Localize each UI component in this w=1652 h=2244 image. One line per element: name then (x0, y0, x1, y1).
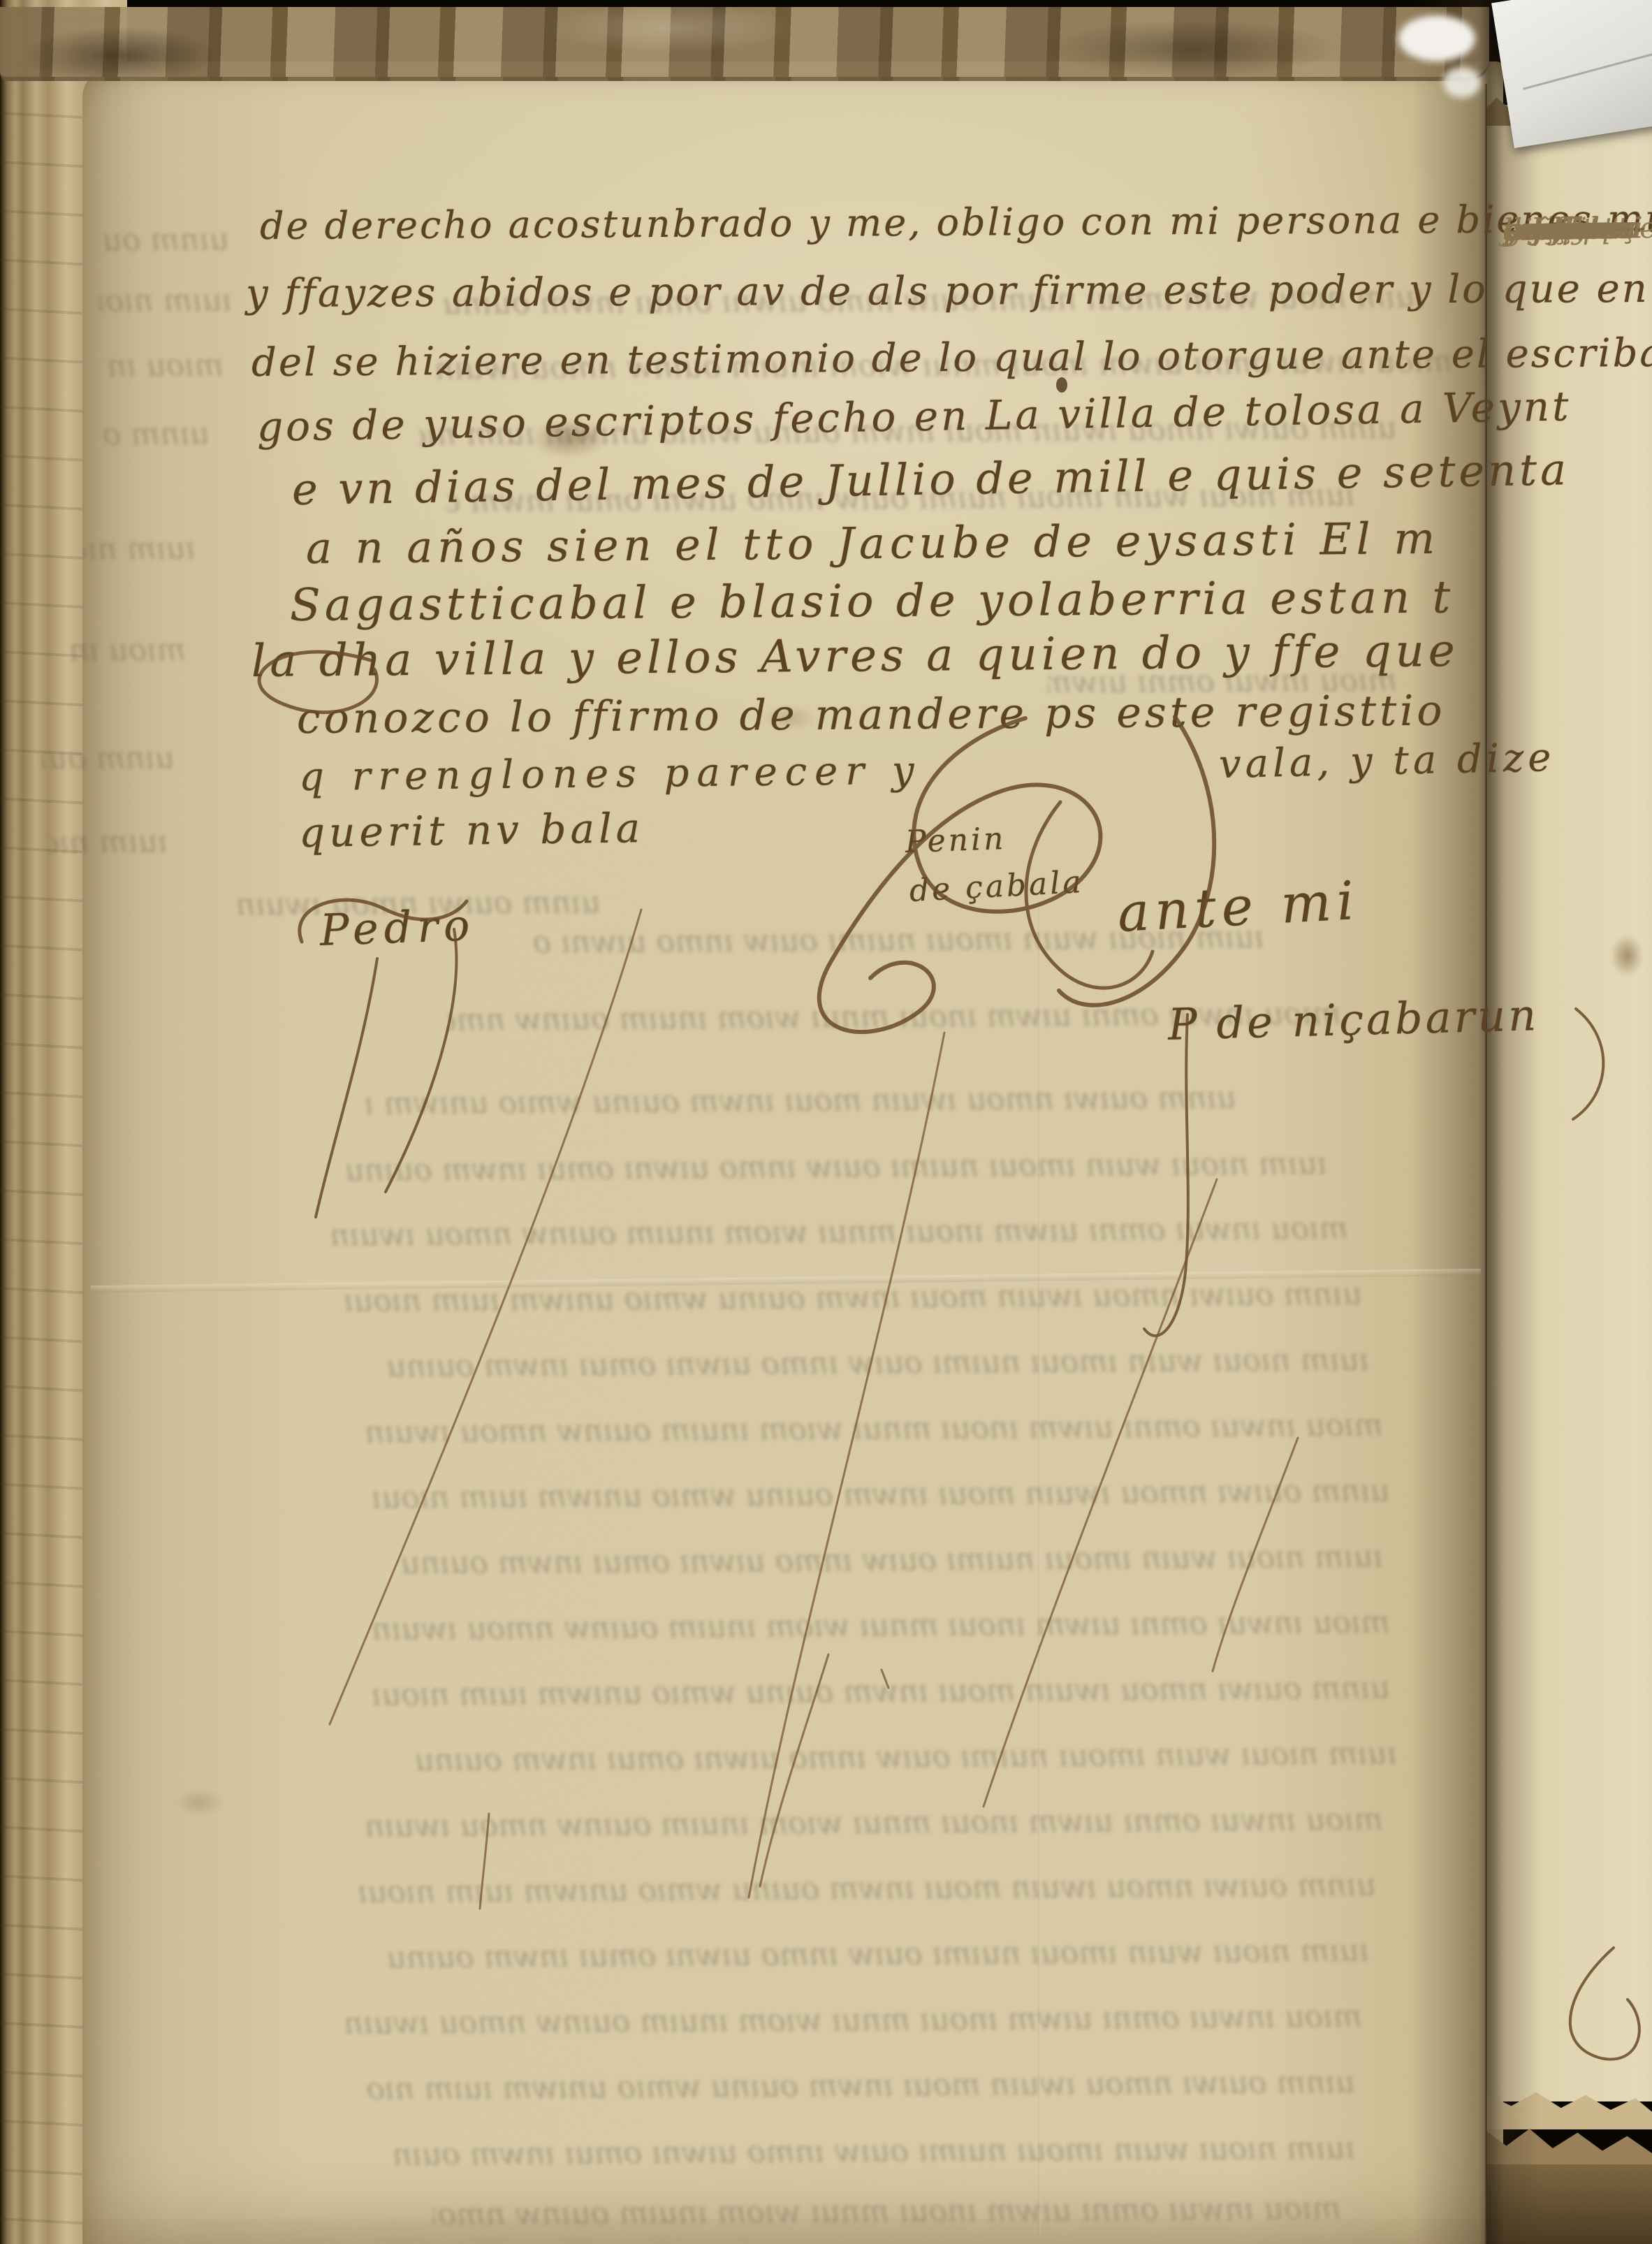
manuscript-photograph: ıuım nıouı wuın ımouı nuımı ouıw ınmo uı… (0, 0, 1652, 2244)
ink-flourishes-and-pen-strokes (0, 0, 1652, 2244)
